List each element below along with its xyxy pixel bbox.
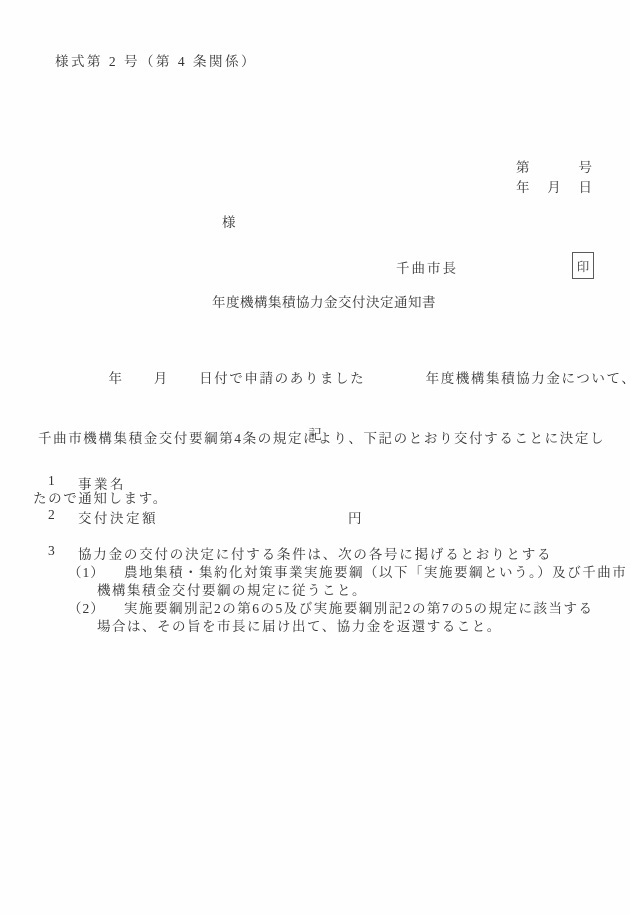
sub-item-2-line-2: 場合は、その旨を市長に届け出て、協力金を返還すること。 xyxy=(97,615,502,635)
sub-item-2-number: （2） xyxy=(68,597,105,617)
date-month-label: 月 xyxy=(547,176,561,196)
doc-number-prefix: 第 xyxy=(516,156,530,176)
sub-item-2-line-1: 実施要綱別記2の第6の5及び実施要綱別記2の第7の5の規定に該当する xyxy=(124,597,594,617)
item-2-label: 交付決定額 xyxy=(78,507,158,527)
document-number-line: 第 号 xyxy=(516,156,592,176)
sub-item-1-number: （1） xyxy=(68,561,105,581)
item-1-number: 1 xyxy=(48,473,55,489)
date-line: 年 月 日 xyxy=(516,176,592,196)
record-marker: 記 xyxy=(0,423,630,443)
date-day-label: 日 xyxy=(579,176,593,196)
seal-box: 印 xyxy=(572,252,594,279)
document-title: 年度機構集積協力金交付決定通知書 xyxy=(0,291,630,311)
item-3-label: 協力金の交付の決定に付する条件は、次の各号に掲げるとおりとする xyxy=(78,543,552,563)
document-page: 様式第 2 号（第 4 条関係） 第 号 年 月 日 様 千曲市長 印 年度機構… xyxy=(0,0,630,915)
recipient-honorific: 様 xyxy=(222,211,237,231)
seal-label: 印 xyxy=(577,257,590,275)
item-2-currency-unit: 円 xyxy=(348,507,362,527)
item-2-number: 2 xyxy=(48,507,55,523)
doc-number-suffix: 号 xyxy=(579,156,593,176)
item-3-number: 3 xyxy=(48,543,55,559)
date-year-label: 年 xyxy=(516,176,530,196)
sub-item-1-line-1: 農地集積・集約化対策事業実施要綱（以下「実施要綱という。）及び千曲市 xyxy=(124,561,627,581)
form-number-label: 様式第 2 号（第 4 条関係） xyxy=(55,50,257,70)
sub-item-1-line-2: 機構集積金交付要綱の規定に従うこと。 xyxy=(97,579,367,599)
item-1-label: 事業名 xyxy=(78,473,126,493)
body-line-1: 年 月 日付で申請のありました 年度機構集積協力金について、 xyxy=(33,369,613,389)
sender-title: 千曲市長 xyxy=(396,257,458,277)
